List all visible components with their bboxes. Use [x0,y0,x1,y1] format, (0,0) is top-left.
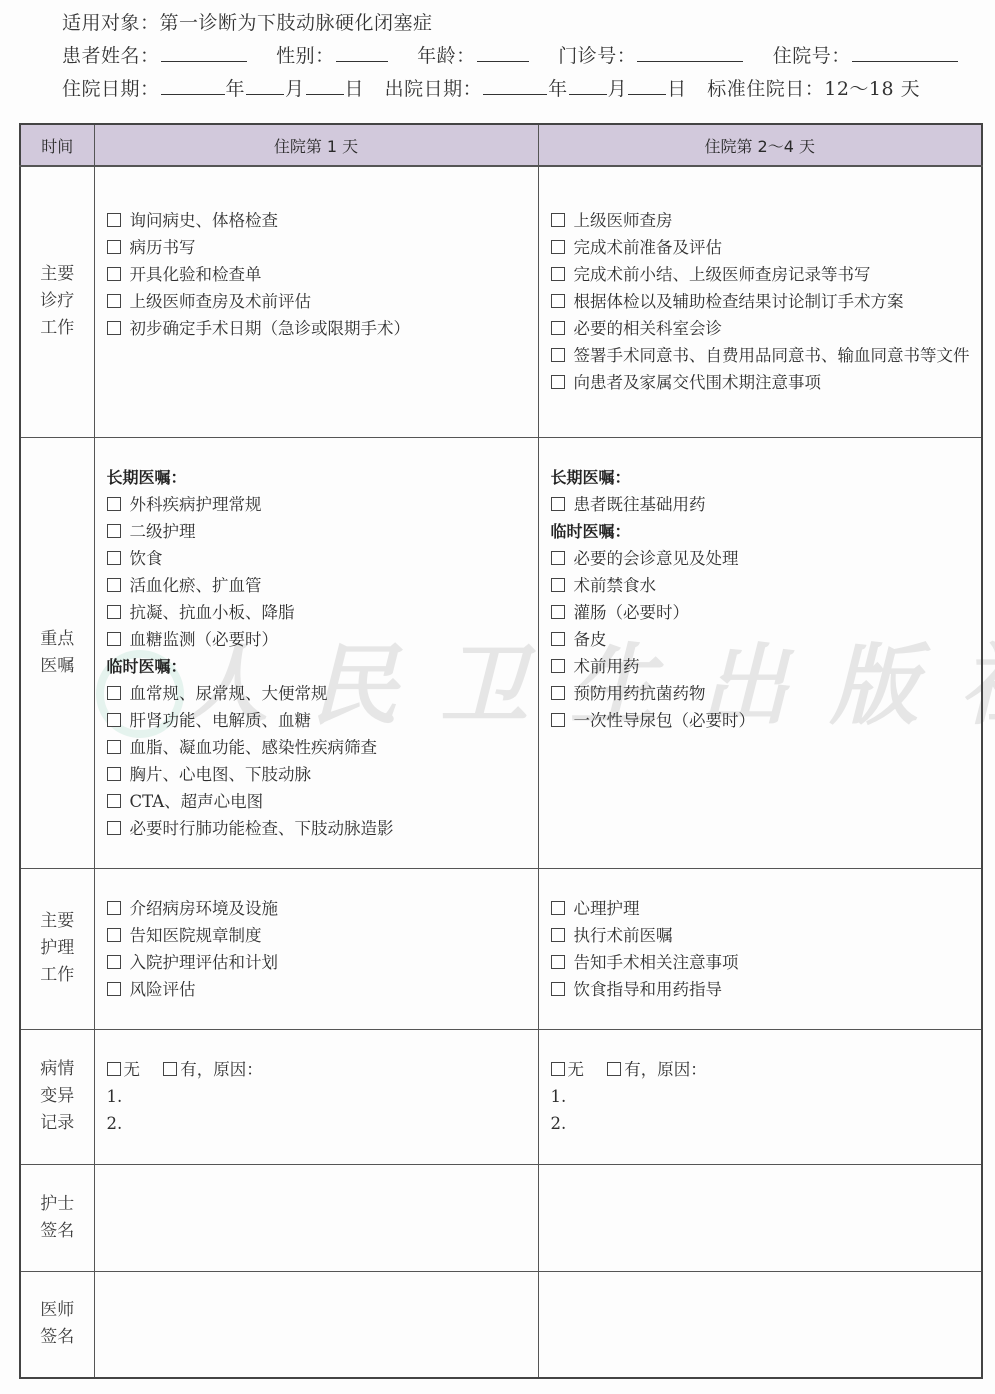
checkbox-icon[interactable] [107,578,121,592]
checkbox-icon[interactable] [107,901,121,915]
checkbox-icon[interactable] [107,982,121,996]
checkbox-icon[interactable] [107,955,121,969]
row-label-line: 工作 [21,315,94,342]
row-label-line: 记录 [21,1110,94,1137]
row-label: 护士 签名 [20,1164,94,1271]
admission-day-blank[interactable] [306,78,344,95]
year-label: 年 [548,78,568,100]
checklist-item[interactable]: 外科疾病护理常规 [107,491,538,518]
item-text: 抗凝、抗血小板、降脂 [130,603,295,622]
col-header-time: 时间 [20,124,94,166]
variance-none-option[interactable]: 无 [107,1056,141,1083]
item-text: 活血化瘀、扩血管 [130,576,262,595]
discharge-year-blank[interactable] [483,78,547,95]
checkbox-icon[interactable] [107,240,121,254]
checklist-item[interactable]: 完成术前小结、上级医师查房记录等书写 [551,261,982,288]
age-field[interactable]: 年龄： [417,44,530,68]
checklist-item[interactable]: 肝肾功能、电解质、血糖 [107,707,538,734]
item-text: 饮食指导和用药指导 [574,980,723,999]
item-text: 介绍病房环境及设施 [130,899,279,918]
row-label: 病情 变异 记录 [20,1029,94,1164]
day1-cell: 长期医嘱： 外科疾病护理常规 二级护理 饮食 活血化瘀、扩血管 抗凝、抗血小板、… [94,437,538,868]
item-text: 一次性导尿包（必要时） [574,711,756,730]
row-label-line: 工作 [21,962,94,989]
day2-4-nurse-signature-field[interactable] [538,1164,982,1271]
day2-4-variance-cell: 无 有，原因： 1. 2. [538,1029,982,1164]
checklist-item[interactable]: 术前禁食水 [551,572,982,599]
checkbox-icon[interactable] [551,375,565,389]
checkbox-icon[interactable] [551,659,565,673]
checkbox-icon[interactable] [551,1062,565,1076]
checkbox-icon[interactable] [107,267,121,281]
item-text: 患者既往基础用药 [574,495,706,514]
checklist-item[interactable]: 必要的会诊意见及处理 [551,545,982,572]
day1-cell: 询问病史、体格检查 病历书写 开具化验和检查单 上级医师查房及术前评估 初步确定… [94,166,538,437]
day2-4-cell: 长期医嘱： 患者既往基础用药 临时医嘱： 必要的会诊意见及处理 术前禁食水 灌肠… [538,437,982,868]
row-main-treatment-work: 主要 诊疗 工作 询问病史、体格检查 病历书写 开具化验和检查单 上级医师查房及… [20,166,982,437]
item-text: 预防用药抗菌药物 [574,684,706,703]
option-text: 无 [124,1060,141,1079]
item-text: 必要的相关科室会诊 [574,319,723,338]
item-text: 风险评估 [130,980,196,999]
item-text: 灌肠（必要时） [574,603,690,622]
checklist-item[interactable]: 上级医师查房 [551,207,982,234]
checklist-item[interactable]: 心理护理 [551,895,982,922]
row-label-line: 医嘱 [21,653,94,680]
item-text: 饮食 [130,549,163,568]
row-label: 医师 签名 [20,1271,94,1378]
checkbox-icon[interactable] [107,524,121,538]
checklist-item[interactable]: 风险评估 [107,976,538,1003]
long-term-orders-heading: 长期医嘱： [551,464,982,491]
item-text: 入院护理评估和计划 [130,953,279,972]
option-text: 无 [568,1060,585,1079]
outpatient-no-label: 门诊号： [558,45,636,67]
item-text: 上级医师查房 [574,211,673,230]
checklist-item[interactable]: 告知手术相关注意事项 [551,949,982,976]
applies-to-value: 第一诊断为下肢动脉硬化闭塞症 [160,12,433,34]
temporary-orders-heading: 临时医嘱： [551,518,982,545]
day2-4-cell: 心理护理 执行术前医嘱 告知手术相关注意事项 饮食指导和用药指导 [538,868,982,1029]
item-text: 告知手术相关注意事项 [574,953,739,972]
checklist-item[interactable]: 血脂、凝血功能、感染性疾病筛查 [107,734,538,761]
day1-nurse-signature-field[interactable] [94,1164,538,1271]
checkbox-icon[interactable] [107,551,121,565]
checkbox-icon[interactable] [107,321,121,335]
checklist-item[interactable]: 上级医师查房及术前评估 [107,288,538,315]
checklist-item[interactable]: 备皮 [551,626,982,653]
checkbox-icon[interactable] [551,213,565,227]
checklist-item[interactable]: 介绍病房环境及设施 [107,895,538,922]
checkbox-icon[interactable] [551,497,565,511]
row-label-line: 签名 [21,1218,94,1245]
checklist-item[interactable]: 开具化验和检查单 [107,261,538,288]
row-label: 重点 医嘱 [20,437,94,868]
checkbox-icon[interactable] [107,686,121,700]
row-label-line: 变异 [21,1083,94,1110]
sex-blank[interactable] [336,45,388,62]
patient-info-line: 患者姓名： 性别： 年龄： 门诊号： 住院号： [62,44,959,68]
checkbox-icon[interactable] [107,605,121,619]
checklist-item[interactable]: 根据体检以及辅助检查结果讨论制订手术方案 [551,288,982,315]
long-term-orders-heading: 长期医嘱： [107,464,538,491]
item-text: 完成术前准备及评估 [574,238,723,257]
patient-name-label: 患者姓名： [62,45,160,67]
item-text: 病历书写 [130,238,196,257]
item-text: 血脂、凝血功能、感染性疾病筛查 [130,738,378,757]
row-key-orders: 重点 医嘱 长期医嘱： 外科疾病护理常规 二级护理 饮食 活血化瘀、扩血管 抗凝… [20,437,982,868]
checkbox-icon[interactable] [551,686,565,700]
age-blank[interactable] [477,45,529,62]
variance-line-1[interactable]: 1. [107,1083,538,1110]
checklist-item[interactable]: 执行术前医嘱 [551,922,982,949]
checklist-item[interactable]: 灌肠（必要时） [551,599,982,626]
age-label: 年龄： [417,45,476,67]
checkbox-icon[interactable] [107,740,121,754]
item-text: 术前用药 [574,657,640,676]
checklist-item[interactable]: 术前用药 [551,653,982,680]
outpatient-no-field[interactable]: 门诊号： [558,44,744,68]
row-label-line: 医师 [21,1297,94,1324]
item-text: 血常规、尿常规、大便常规 [130,684,328,703]
day1-variance-cell: 无 有，原因： 1. 2. [94,1029,538,1164]
variance-yes-option[interactable]: 有，原因： [163,1056,263,1083]
checkbox-icon[interactable] [163,1062,177,1076]
checkbox-icon[interactable] [551,713,565,727]
checklist-item[interactable]: 一次性导尿包（必要时） [551,707,982,734]
checklist-item[interactable]: 询问病史、体格检查 [107,207,538,234]
admission-year-blank[interactable] [161,78,225,95]
checkbox-icon[interactable] [107,713,121,727]
temporary-orders-heading: 临时医嘱： [107,653,538,680]
checklist-item[interactable]: 胸片、心电图、下肢动脉 [107,761,538,788]
day2-4-cell: 上级医师查房 完成术前准备及评估 完成术前小结、上级医师查房记录等书写 根据体检… [538,166,982,437]
checkbox-icon[interactable] [107,928,121,942]
checklist-item[interactable]: 必要的相关科室会诊 [551,315,982,342]
applies-to-label: 适用对象： [62,12,160,34]
item-text: CTA、超声心电图 [130,792,264,811]
item-text: 术前禁食水 [574,576,657,595]
item-text: 胸片、心电图、下肢动脉 [130,765,312,784]
checklist-item[interactable]: 完成术前准备及评估 [551,234,982,261]
item-text: 签署手术同意书、自费用品同意书、输血同意书等文件 [574,346,970,365]
standard-stay: 标准住院日：12～18 天 [707,78,920,100]
patient-name-field[interactable]: 患者姓名： [62,44,248,68]
clinical-pathway-table: 时间 住院第 1 天 住院第 2～4 天 主要 诊疗 工作 询问病史、体格检查 … [19,123,983,1379]
checklist-item[interactable]: 入院护理评估和计划 [107,949,538,976]
checklist-item[interactable]: 血常规、尿常规、大便常规 [107,680,538,707]
outpatient-no-blank[interactable] [637,45,743,62]
admission-date-field[interactable]: 住院日期：年月日 [62,77,364,101]
checkbox-icon[interactable] [107,821,121,835]
row-physician-signature: 医师 签名 [20,1271,982,1378]
item-text: 肝肾功能、电解质、血糖 [130,711,312,730]
checkbox-icon[interactable] [551,982,565,996]
checklist-item[interactable]: 抗凝、抗血小板、降脂 [107,599,538,626]
checkbox-icon[interactable] [551,955,565,969]
row-label-line: 主要 [21,261,94,288]
standard-stay-value: 12～18 天 [824,78,920,100]
day-label: 日 [345,78,365,100]
checkbox-icon[interactable] [551,294,565,308]
inpatient-no-field[interactable]: 住院号： [773,44,959,68]
day1-physician-signature-field[interactable] [94,1271,538,1378]
applies-to-line: 适用对象：第一诊断为下肢动脉硬化闭塞症 [62,11,433,35]
checklist-item[interactable]: 饮食 [107,545,538,572]
standard-stay-label: 标准住院日： [707,78,824,100]
checkbox-icon[interactable] [551,928,565,942]
item-text: 告知医院规章制度 [130,926,262,945]
item-text: 心理护理 [574,899,640,918]
item-text: 根据体检以及辅助检查结果讨论制订手术方案 [574,292,904,311]
checklist-item[interactable]: 必要时行肺功能检查、下肢动脉造影 [107,815,538,842]
checkbox-icon[interactable] [107,767,121,781]
checklist-item[interactable]: 告知医院规章制度 [107,922,538,949]
item-text: 备皮 [574,630,607,649]
discharge-day-blank[interactable] [628,78,666,95]
discharge-month-blank[interactable] [569,78,607,95]
checkbox-icon[interactable] [107,794,121,808]
checkbox-icon[interactable] [107,497,121,511]
checklist-item[interactable]: 患者既往基础用药 [551,491,982,518]
checkbox-icon[interactable] [551,605,565,619]
checkbox-icon[interactable] [551,321,565,335]
variance-line-2[interactable]: 2. [551,1110,982,1137]
checkbox-icon[interactable] [107,294,121,308]
inpatient-no-label: 住院号： [773,45,851,67]
checkbox-icon[interactable] [607,1062,621,1076]
checkbox-icon[interactable] [551,578,565,592]
checkbox-icon[interactable] [551,240,565,254]
checkbox-icon[interactable] [551,267,565,281]
item-text: 完成术前小结、上级医师查房记录等书写 [574,265,871,284]
row-label-line: 护士 [21,1191,94,1218]
checkbox-icon[interactable] [551,901,565,915]
day2-4-physician-signature-field[interactable] [538,1271,982,1378]
checklist-item[interactable]: 二级护理 [107,518,538,545]
row-label-line: 病情 [21,1056,94,1083]
checkbox-icon[interactable] [107,632,121,646]
dates-line: 住院日期：年月日 出院日期：年月日 标准住院日：12～18 天 [62,77,920,101]
sex-field[interactable]: 性别： [276,44,389,68]
month-label: 月 [285,78,305,100]
checkbox-icon[interactable] [107,213,121,227]
row-nurse-signature: 护士 签名 [20,1164,982,1271]
row-label-line: 主要 [21,908,94,935]
row-label-line: 重点 [21,626,94,653]
checklist-item[interactable]: 活血化瘀、扩血管 [107,572,538,599]
checklist-item[interactable]: 饮食指导和用药指导 [551,976,982,1003]
option-text: 有，原因： [624,1060,707,1079]
checklist-item[interactable]: 向患者及家属交代围术期注意事项 [551,369,982,396]
checklist-item[interactable]: 签署手术同意书、自费用品同意书、输血同意书等文件 [551,342,982,369]
discharge-date-label: 出院日期： [385,78,483,100]
checkbox-icon[interactable] [551,551,565,565]
discharge-date-field[interactable]: 出院日期：年月日 [385,77,687,101]
row-label-line: 护理 [21,935,94,962]
checklist-item[interactable]: CTA、超声心电图 [107,788,538,815]
day1-cell: 介绍病房环境及设施 告知医院规章制度 入院护理评估和计划 风险评估 [94,868,538,1029]
item-text: 开具化验和检查单 [130,265,262,284]
variance-yes-option[interactable]: 有，原因： [607,1056,707,1083]
row-label: 主要 诊疗 工作 [20,166,94,437]
checklist-item[interactable]: 预防用药抗菌药物 [551,680,982,707]
day-label: 日 [667,78,687,100]
item-text: 必要的会诊意见及处理 [574,549,739,568]
year-label: 年 [226,78,246,100]
item-text: 外科疾病护理常规 [130,495,262,514]
checklist-item[interactable]: 病历书写 [107,234,538,261]
item-text: 血糖监测（必要时） [130,630,279,649]
checklist-item[interactable]: 血糖监测（必要时） [107,626,538,653]
admission-month-blank[interactable] [246,78,284,95]
row-main-nursing-work: 主要 护理 工作 介绍病房环境及设施 告知医院规章制度 入院护理评估和计划 风险… [20,868,982,1029]
variance-line-1[interactable]: 1. [551,1083,982,1110]
variance-none-option[interactable]: 无 [551,1056,585,1083]
month-label: 月 [608,78,628,100]
item-text: 必要时行肺功能检查、下肢动脉造影 [130,819,394,838]
col-header-day2-4: 住院第 2～4 天 [538,124,982,166]
sex-label: 性别： [276,45,335,67]
item-text: 初步确定手术日期（急诊或限期手术） [130,319,411,338]
variance-line-2[interactable]: 2. [107,1110,538,1137]
admission-date-label: 住院日期： [62,78,160,100]
item-text: 上级医师查房及术前评估 [130,292,312,311]
item-text: 向患者及家属交代围术期注意事项 [574,373,822,392]
col-header-day1: 住院第 1 天 [94,124,538,166]
row-variance-record: 病情 变异 记录 无 有，原因： 1. 2. 无 有，原因： 1. 2. [20,1029,982,1164]
variance-options: 无 有，原因： [551,1056,982,1083]
checkbox-icon[interactable] [551,632,565,646]
checkbox-icon[interactable] [107,1062,121,1076]
row-label-line: 诊疗 [21,288,94,315]
checklist-item[interactable]: 初步确定手术日期（急诊或限期手术） [107,315,538,342]
option-text: 有，原因： [180,1060,263,1079]
variance-options: 无 有，原因： [107,1056,538,1083]
item-text: 执行术前医嘱 [574,926,673,945]
inpatient-no-blank[interactable] [852,45,958,62]
patient-name-blank[interactable] [161,45,247,62]
checkbox-icon[interactable] [551,348,565,362]
item-text: 询问病史、体格检查 [130,211,279,230]
row-label: 主要 护理 工作 [20,868,94,1029]
table-header-row: 时间 住院第 1 天 住院第 2～4 天 [20,124,982,166]
row-label-line: 签名 [21,1324,94,1351]
item-text: 二级护理 [130,522,196,541]
